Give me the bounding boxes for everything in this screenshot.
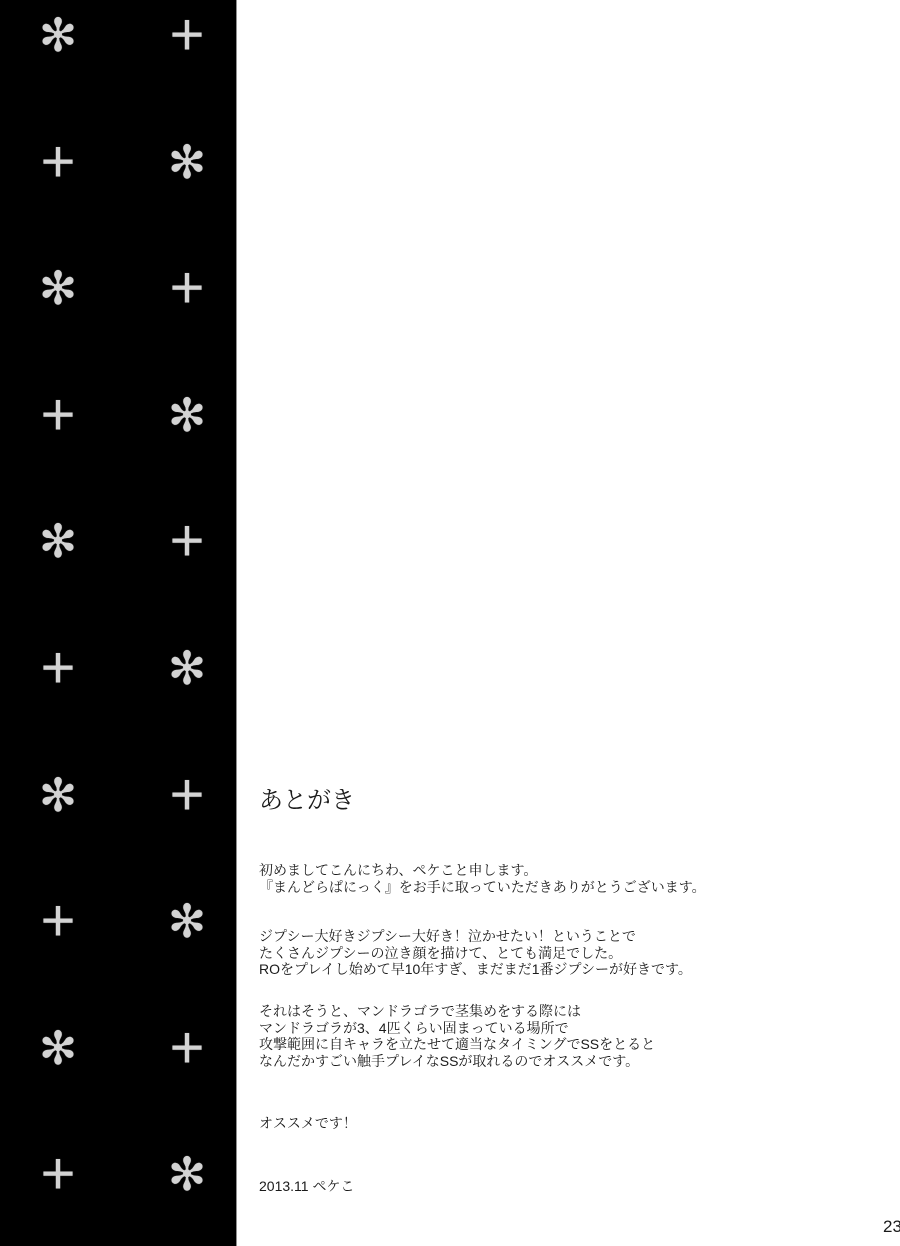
plus-icon: + — [169, 5, 204, 65]
afterword-page: ✻++✻✻++✻✻++✻✻++✻✻++✻ あとがき 初めましてこんにちわ、ペケこ… — [0, 0, 900, 1246]
asterisk-icon: ✻ — [168, 645, 207, 691]
asterisk-icon: ✻ — [168, 139, 207, 185]
asterisk-icon: ✻ — [168, 898, 207, 944]
plus-icon: + — [40, 891, 75, 951]
plus-icon: + — [40, 385, 75, 445]
plus-icon: + — [169, 1018, 204, 1078]
afterword-paragraph-mandragora-tip: それはそうと、マンドラゴラで茎集めをする際には マンドラゴラが3、4匹くらい固ま… — [259, 1003, 655, 1069]
page-number: 23 — [883, 1218, 900, 1235]
afterword-paragraph-greeting: 初めましてこんにちわ、ペケこと申します。 『まんどらぱにっく』をお手に取っていた… — [259, 862, 706, 895]
asterisk-icon: ✻ — [168, 392, 207, 438]
afterword-title: あとがき — [259, 788, 355, 814]
plus-icon: + — [40, 638, 75, 698]
afterword-paragraph-recommend: オススメです！ — [259, 1115, 357, 1132]
afterword-paragraph-gypsy: ジプシー大好きジプシー大好き！泣かせたい！ということで たくさんジプシーの泣き顔… — [259, 928, 692, 978]
asterisk-icon: ✻ — [39, 265, 78, 311]
date-signature: 2013.11 ペケこ — [259, 1178, 354, 1195]
decorative-sidebar: ✻++✻✻++✻✻++✻✻++✻✻++✻ — [0, 0, 237, 1246]
plus-icon: + — [169, 258, 204, 318]
asterisk-icon: ✻ — [39, 518, 78, 564]
plus-icon: + — [169, 511, 204, 571]
plus-icon: + — [169, 765, 204, 825]
asterisk-icon: ✻ — [39, 12, 78, 58]
asterisk-icon: ✻ — [39, 1025, 78, 1071]
asterisk-icon: ✻ — [39, 772, 78, 818]
afterword-content: あとがき 初めましてこんにちわ、ペケこと申します。 『まんどらぱにっく』をお手に… — [259, 0, 889, 1246]
plus-icon: + — [40, 1144, 75, 1204]
plus-icon: + — [40, 132, 75, 192]
asterisk-icon: ✻ — [168, 1151, 207, 1197]
